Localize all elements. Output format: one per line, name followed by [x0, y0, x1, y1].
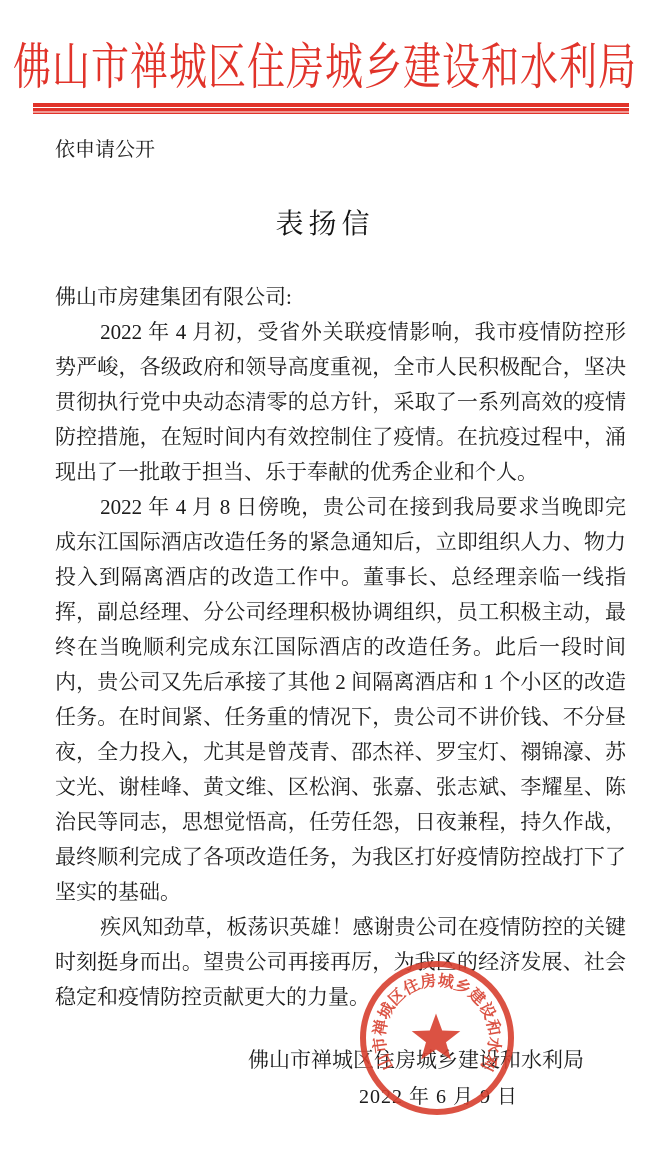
letter-body: 佛山市房建集团有限公司: 2022 年 4 月初，受省外关联疫情影响，我市疫情防…	[55, 280, 626, 1015]
disclosure-label: 依申请公开	[55, 133, 155, 162]
letterhead-rule	[33, 103, 629, 114]
paragraph-1: 2022 年 4 月初，受省外关联疫情影响，我市疫情防控形势严峻，各级政府和领导…	[55, 315, 626, 490]
signature-date: 2022 年 6 月 9 日	[359, 1080, 518, 1109]
paragraph-3: 疾风知劲草，板荡识英雄！感谢贵公司在疫情防控的关键时刻挺身而出。望贵公司再接再厉…	[55, 910, 626, 1015]
salutation: 佛山市房建集团有限公司:	[55, 280, 626, 315]
agency-letterhead: 佛山市禅城区住房城乡建设和水利局	[0, 26, 650, 99]
paragraph-2: 2022 年 4 月 8 日傍晚，贵公司在接到我局要求当晚即完成东江国际酒店改造…	[55, 490, 626, 910]
signature-agency-name: 佛山市禅城区住房城乡建设和水利局	[248, 1044, 584, 1074]
letter-title: 表扬信	[0, 202, 650, 242]
commendation-letter-page: 佛山市禅城区住房城乡建设和水利局 依申请公开 表扬信 佛山市房建集团有限公司: …	[0, 0, 650, 1161]
